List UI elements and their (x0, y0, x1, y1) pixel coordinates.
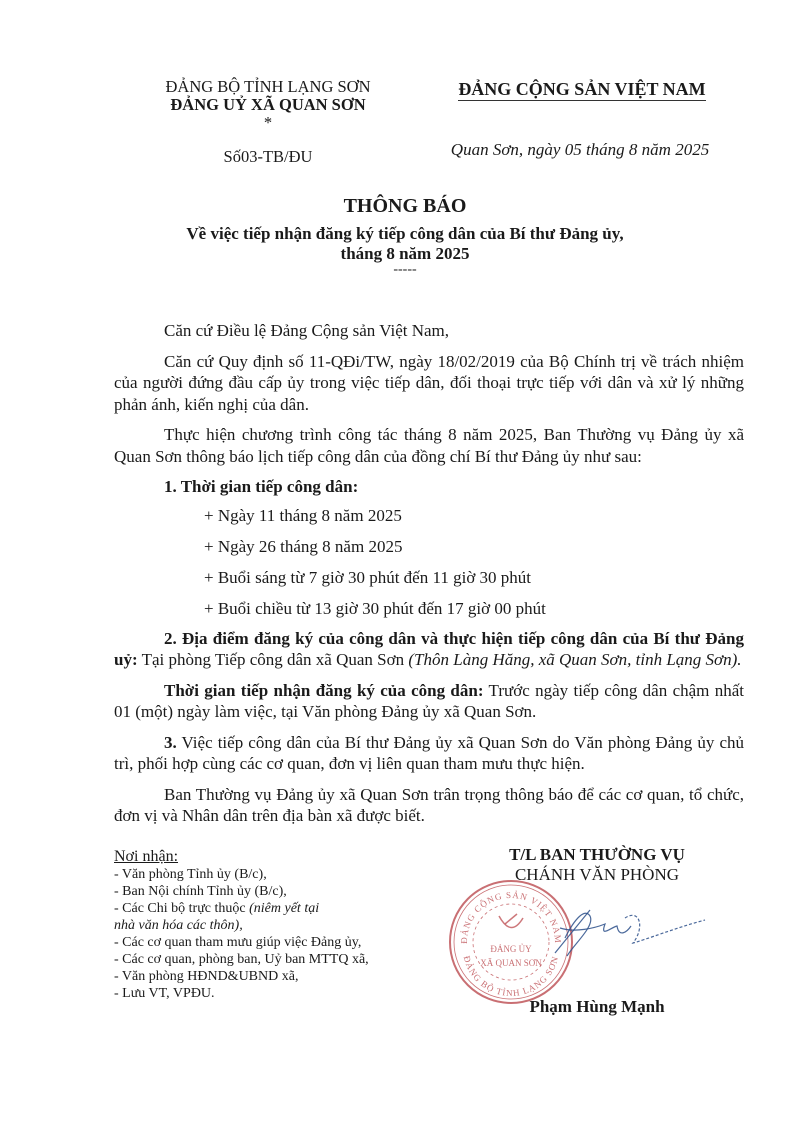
document-title: THÔNG BÁO (100, 195, 710, 218)
closing-paragraph: Ban Thường vụ Đảng ủy xã Quan Sơn trân t… (114, 784, 744, 827)
party-heading: ĐẢNG CỘNG SẢN VIỆT NAM (432, 78, 732, 101)
section-1-heading: 1. Thời gian tiếp công dân: (114, 476, 744, 498)
recipient-item: - Các cơ quan tham mưu giúp việc Đảng ủy… (114, 934, 454, 951)
paragraph-basis-2: Căn cứ Quy định số 11-QĐi/TW, ngày 18/02… (114, 351, 744, 416)
star-separator: * (118, 114, 418, 132)
document-subtitle: Về việc tiếp nhận đăng ký tiếp công dân … (100, 224, 710, 264)
recipient-item: - Lưu VT, VPĐU. (114, 985, 454, 1002)
section-3-text: Việc tiếp công dân của Bí thư Đảng ủy xã… (114, 733, 744, 774)
schedule-item: + Ngày 26 tháng 8 năm 2025 (204, 531, 744, 562)
schedule-item: + Ngày 11 tháng 8 năm 2025 (204, 500, 744, 531)
registration-time-heading: Thời gian tiếp nhận đăng ký của công dân… (164, 681, 484, 700)
section-3: 3. Việc tiếp công dân của Bí thư Đảng ủy… (114, 732, 744, 775)
signature-role-1: T/L BAN THƯỜNG VỤ (462, 845, 732, 865)
recipient-item: - Các Chi bộ trực thuộc (niêm yết tại nh… (114, 900, 329, 934)
svg-text:ĐẢNG ỦY: ĐẢNG ỦY (490, 944, 532, 954)
section-2: 2. Địa điểm đăng ký của công dân và thực… (114, 628, 744, 671)
recipients-block: Nơi nhận: - Văn phòng Tỉnh ủy (B/c), - B… (114, 848, 454, 1002)
recipients-label: Nơi nhận: (114, 848, 454, 866)
recipient-item: - Văn phòng HĐND&UBND xã, (114, 968, 454, 985)
handwritten-signature-icon (545, 898, 745, 968)
org-line-provincial: ĐẢNG BỘ TỈNH LẠNG SƠN (118, 78, 418, 96)
subtitle-line-1: Về việc tiếp nhận đăng ký tiếp công dân … (100, 224, 710, 244)
schedule-item: + Buổi sáng từ 7 giờ 30 phút đến 11 giờ … (204, 562, 744, 593)
issuing-organization: ĐẢNG BỘ TỈNH LẠNG SƠN ĐẢNG UỶ XÃ QUAN SƠ… (118, 78, 418, 132)
document-number: Số03-TB/ĐU (118, 147, 418, 167)
paragraph-basis-1: Căn cứ Điều lệ Đảng Cộng sản Việt Nam, (114, 320, 744, 342)
section-2-address: (Thôn Làng Hăng, xã Quan Sơn, tỉnh Lạng … (408, 650, 741, 669)
signer-name: Phạm Hùng Mạnh (462, 997, 732, 1017)
section-2-text: Tại phòng Tiếp công dân xã Quan Sơn (138, 650, 409, 669)
schedule-list: + Ngày 11 tháng 8 năm 2025 + Ngày 26 thá… (204, 500, 744, 624)
recipient-item: - Các cơ quan, phòng ban, Uỷ ban MTTQ xã… (114, 951, 454, 968)
paragraph-implementation: Thực hiện chương trình công tác tháng 8 … (114, 424, 744, 467)
svg-text:XÃ QUAN SƠN: XÃ QUAN SƠN (480, 958, 542, 968)
place-date: Quan Sơn, ngày 05 tháng 8 năm 2025 (420, 140, 740, 160)
section-3-number: 3. (164, 733, 177, 752)
org-line-commune: ĐẢNG UỶ XÃ QUAN SƠN (118, 96, 418, 114)
registration-time: Thời gian tiếp nhận đăng ký của công dân… (114, 680, 744, 723)
party-name: ĐẢNG CỘNG SẢN VIỆT NAM (458, 78, 705, 101)
document-body: Căn cứ Điều lệ Đảng Cộng sản Việt Nam, C… (114, 320, 744, 836)
schedule-item: + Buổi chiều từ 13 giờ 30 phút đến 17 gi… (204, 593, 744, 624)
title-separator: ----- (100, 263, 710, 277)
recipient-item: - Văn phòng Tỉnh ủy (B/c), (114, 866, 454, 883)
subtitle-line-2: tháng 8 năm 2025 (100, 244, 710, 264)
recipient-item: - Ban Nội chính Tỉnh ủy (B/c), (114, 883, 454, 900)
